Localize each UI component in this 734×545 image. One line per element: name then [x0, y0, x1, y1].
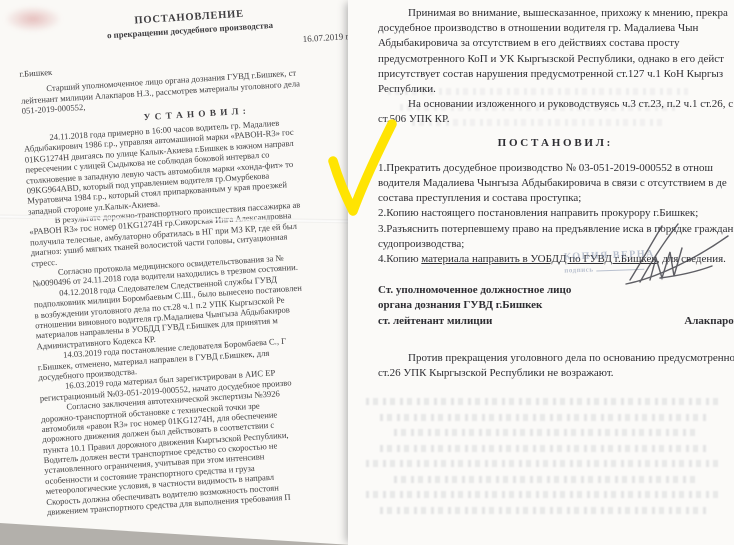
document-text-line: ст.26 УПК Кыргызской Республики не возра…: [378, 366, 734, 381]
signer-name: Алакпаров Н.З.: [684, 314, 734, 329]
document-page-right: Принимая во внимание, вышесказанное, при…: [348, 0, 734, 545]
bleed-through-line: [366, 491, 722, 498]
bleed-through-line: [380, 445, 708, 452]
document-text-line: Против прекращения уголовного дела по ос…: [378, 351, 734, 366]
document-text-line: досудебное производство в отношении води…: [378, 21, 734, 36]
document-text-line: присутствует состав нарушения предусмотр…: [378, 67, 734, 82]
document-page-left: ПОСТАНОВЛЕНИЕо прекращении досудебного п…: [0, 0, 364, 545]
bleed-through-line: [380, 414, 708, 421]
right-page-text: Принимая во внимание, вышесказанное, при…: [378, 6, 734, 381]
document-text-line: Республики.: [378, 82, 734, 97]
item4-prefix: 4.Копию: [378, 253, 421, 265]
bleed-through-line: [366, 398, 722, 405]
handwritten-signature: [616, 220, 734, 288]
conclusion-paragraph: Принимая во внимание, вышесказанное, при…: [378, 6, 734, 97]
bleed-through-text: [366, 398, 722, 522]
resolution-item-line: состава преступления и состава проступка…: [378, 191, 734, 206]
signature-title-line: органа дознания ГУВД г.Бишкек: [378, 298, 734, 313]
pink-smudge: [4, 6, 62, 32]
scanned-document-photo: ПОСТАНОВЛЕНИЕо прекращении досудебного п…: [0, 0, 734, 545]
bleed-through-line: [366, 460, 722, 467]
bleed-through-line: [394, 476, 697, 483]
closing-paragraph: Против прекращения уголовного дела по ос…: [378, 351, 734, 381]
bleed-through-line: [394, 429, 697, 436]
document-text-line: Принимая во внимание, вышесказанное, при…: [378, 6, 734, 21]
signature-row: ст. лейтенант милиции Алакпаров Н.З.: [378, 314, 734, 329]
signer-rank: ст. лейтенант милиции: [378, 314, 492, 329]
legal-basis-paragraph: На основании изложенного и руководствуяс…: [378, 97, 734, 127]
document-text-line: предусмотренного КоП и УК Кыргызской Рес…: [378, 52, 734, 67]
resolved-heading: П О С Т А Н О В И Л :: [378, 136, 730, 151]
bleed-through-line: [380, 507, 708, 514]
document-text-line: На основании изложенного и руководствуяс…: [378, 97, 734, 112]
document-text-line: ст.506 УПК КР.: [378, 112, 734, 127]
resolution-item-line: 1.Прекратить досудебное производство № 0…: [378, 161, 734, 176]
resolution-item-line: водителя Мадалиева Чынгыза Абдыбакирович…: [378, 176, 734, 191]
left-page-text: ПОСТАНОВЛЕНИЕо прекращении досудебного п…: [16, 0, 393, 517]
document-text-line: Абдыбакировича за отсутствием в его дейс…: [378, 36, 734, 51]
